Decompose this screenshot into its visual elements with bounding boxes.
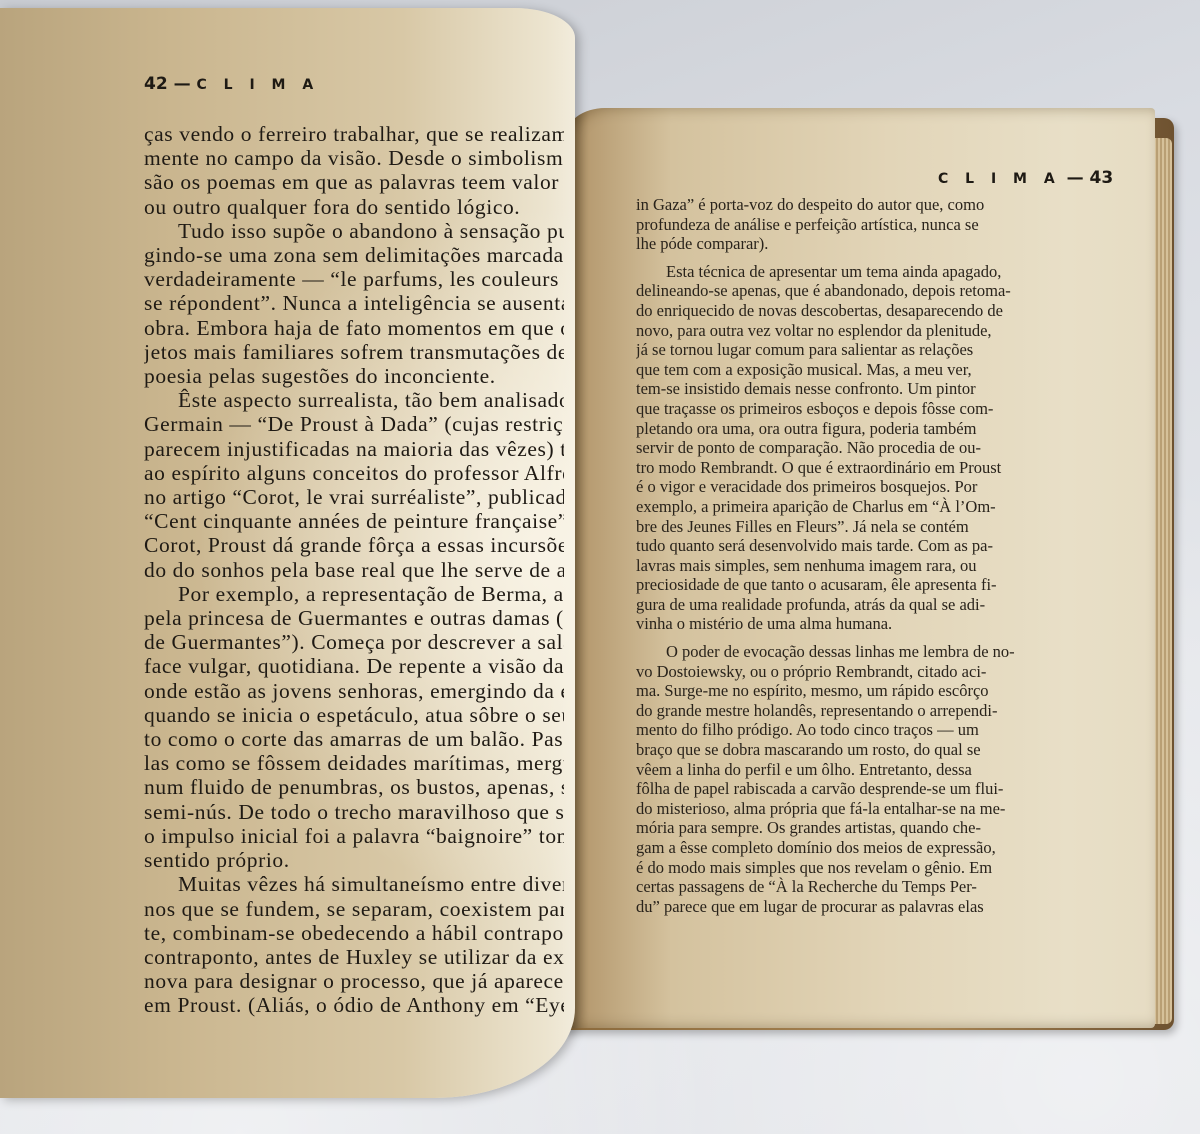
text-line: o impulso inicial foi a palavra “baignoi…	[144, 824, 564, 848]
text-line: lhe póde comparar).	[636, 234, 1050, 254]
text-line: nova para designar o processo, que já ap…	[144, 969, 564, 993]
text-line: do grande mestre holandês, representando…	[636, 701, 1050, 721]
text-line: to como o corte das amarras de um balão.…	[144, 727, 564, 751]
text-line: tro modo Rembrandt. O que é extraordinár…	[636, 458, 1050, 478]
text-line: poesia pelas sugestões do inconciente.	[144, 364, 564, 388]
text-line: jetos mais familiares sofrem transmutaçõ…	[144, 340, 564, 364]
text-line: ças vendo o ferreiro trabalhar, que se r…	[144, 122, 564, 146]
text-line: te, combinam-se obedecendo a hábil contr…	[144, 921, 564, 945]
left-page-text: ças vendo o ferreiro trabalhar, que se r…	[144, 122, 564, 1018]
text-line: delineando-se apenas, que é abandonado, …	[636, 281, 1050, 301]
text-line: gam a êsse completo domínio dos meios de…	[636, 838, 1050, 858]
text-line: las como se fôssem deidades marítimas, m…	[144, 751, 564, 775]
text-line: verdadeiramente — “le parfums, les coule…	[144, 267, 564, 291]
text-line: O poder de evocação dessas linhas me lem…	[636, 642, 1050, 662]
text-line: quando se inicia o espetáculo, atua sôbr…	[144, 703, 564, 727]
text-line: mento do filho pródigo. Ao todo cinco tr…	[636, 720, 1050, 740]
text-line: que traçasse os primeiros esboços e depo…	[636, 399, 1050, 419]
text-line: ao espírito alguns conceitos do professo…	[144, 461, 564, 485]
text-line: do do sonhos pela base real que lhe serv…	[144, 558, 564, 582]
text-line: “Cent cinquante années de peinture franç…	[144, 509, 564, 533]
text-line: exemplo, a primeira aparição de Charlus …	[636, 497, 1050, 517]
text-line: pletando ora uma, ora outra figura, pode…	[636, 419, 1050, 439]
text-line: gura de uma realidade profunda, atrás da…	[636, 595, 1050, 615]
text-line: profundeza de análise e perfeição artíst…	[636, 215, 1050, 235]
text-line: certas passagens de “À la Recherche du T…	[636, 877, 1050, 897]
text-line: du” parece que em lugar de procurar as p…	[636, 897, 1050, 917]
text-line: lavras mais simples, sem nenhuma imagem …	[636, 556, 1050, 576]
page-number: 42	[144, 74, 168, 94]
text-line: do misterioso, alma própria que fá-la en…	[636, 799, 1050, 819]
text-line: in Gaza” é porta-voz do despeito do auto…	[636, 195, 1050, 215]
text-line: Por exemplo, a representação de Berma, a…	[144, 582, 564, 606]
text-line: face vulgar, quotidiana. De repente a vi…	[144, 654, 564, 678]
text-line: já se tornou lugar comum para salientar …	[636, 340, 1050, 360]
text-line: pela princesa de Guermantes e outras dam…	[144, 606, 564, 630]
text-line: nos que se fundem, se separam, coexistem…	[144, 897, 564, 921]
text-line: tudo quanto será desenvolvido mais tarde…	[636, 536, 1050, 556]
text-line: servir de ponto de comparação. Não proce…	[636, 438, 1050, 458]
left-running-head: 42 — C L I M A	[144, 74, 319, 94]
text-line: se répondent”. Nunca a inteligência se a…	[144, 291, 564, 315]
paragraph-gap	[636, 634, 1050, 642]
text-line: de Guermantes”). Começa por descrever a …	[144, 630, 564, 654]
text-line: é do modo mais simples que nos revelam o…	[636, 858, 1050, 878]
text-line: mente no campo da visão. Desde o simboli…	[144, 146, 564, 170]
text-line: ou outro qualquer fora do sentido lógico…	[144, 195, 564, 219]
text-line: obra. Embora haja de fato momentos em qu…	[144, 316, 564, 340]
text-line: onde estão as jovens senhoras, emergindo…	[144, 679, 564, 703]
text-line: num fluido de penumbras, os bustos, apen…	[144, 775, 564, 799]
text-line: gindo-se uma zona sem delimitações marca…	[144, 243, 564, 267]
text-line: Muitas vêzes há simultaneísmo entre dive…	[144, 872, 564, 896]
text-line: semi-nús. De todo o trecho maravilhoso q…	[144, 800, 564, 824]
running-head-title: C L I M A	[938, 171, 1061, 187]
text-line: vo Dostoiewsky, ou o próprio Rembrandt, …	[636, 662, 1050, 682]
text-line: é o vigor e veracidade dos primeiros bos…	[636, 477, 1050, 497]
text-line: Corot, Proust dá grande fôrça a essas in…	[144, 533, 564, 557]
text-line: Tudo isso supõe o abandono à sensação pu…	[144, 219, 564, 243]
text-line: contraponto, antes de Huxley se utilizar…	[144, 945, 564, 969]
text-line: sentido próprio.	[144, 848, 564, 872]
running-head-separator: —	[174, 74, 191, 94]
running-head-title: C L I M A	[197, 77, 320, 93]
text-line: vinha o mistério de uma alma humana.	[636, 614, 1050, 634]
text-line: mória para sempre. Os grandes artistas, …	[636, 818, 1050, 838]
text-line: novo, para outra vez voltar no esplendor…	[636, 321, 1050, 341]
text-line: preciosidade de que tanto o acusaram, êl…	[636, 575, 1050, 595]
text-line: vêem a linha do perfil e um ôlho. Entret…	[636, 760, 1050, 780]
text-line: tem-se insistido demais nesse confronto.…	[636, 379, 1050, 399]
text-line: que tem com a exposição musical. Mas, a …	[636, 360, 1050, 380]
text-line: do enriquecido de novas descobertas, des…	[636, 301, 1050, 321]
text-line: ma. Surge-me no espírito, mesmo, um rápi…	[636, 681, 1050, 701]
text-line: fôlha de papel rabiscada a carvão despre…	[636, 779, 1050, 799]
text-line: parecem injustificadas na maioria das vê…	[144, 437, 564, 461]
right-page-text: in Gaza” é porta-voz do despeito do auto…	[636, 195, 1050, 916]
text-line: em Proust. (Aliás, o ódio de Anthony em …	[144, 993, 564, 1017]
text-line: Germain — “De Proust à Dada” (cujas rest…	[144, 412, 564, 436]
text-line: no artigo “Corot, le vrai surréaliste”, …	[144, 485, 564, 509]
right-running-head: C L I M A — 43	[938, 168, 1113, 188]
running-head-separator: —	[1067, 168, 1084, 188]
text-line: Esta técnica de apresentar um tema ainda…	[636, 262, 1050, 282]
text-line: Êste aspecto surrealista, tão bem analis…	[144, 388, 564, 412]
paragraph-gap	[636, 254, 1050, 262]
text-line: são os poemas em que as palavras teem va…	[144, 170, 564, 194]
page-number: 43	[1090, 168, 1114, 188]
text-line: bre des Jeunes Filles en Fleurs”. Já nel…	[636, 517, 1050, 537]
text-line: braço que se dobra mascarando um rosto, …	[636, 740, 1050, 760]
